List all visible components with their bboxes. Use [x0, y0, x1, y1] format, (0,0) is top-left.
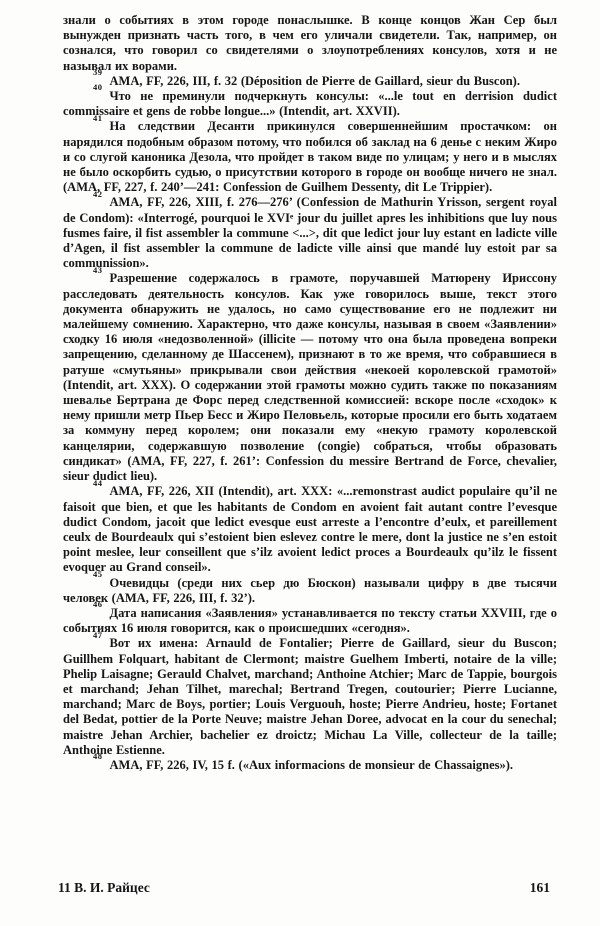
- footnote-40: 40Что не преминули подчеркнуть консулы: …: [63, 89, 557, 119]
- footnote-text: Разрешение содержалось в грамоте, поруча…: [63, 271, 557, 483]
- footnote-text: АМА, FF, 226, IV, 15 f. («Aux informacio…: [110, 758, 514, 772]
- footnote-number: 41: [93, 113, 103, 123]
- book-page: знали о событиях в этом городе понаслышк…: [0, 0, 600, 926]
- footnote-text: На следствии Десанти прикинулся совершен…: [63, 119, 557, 194]
- footnote-number: 47: [93, 630, 103, 640]
- footnote-46: 46Дата написания «Заявления» устанавлива…: [63, 606, 557, 636]
- footnote-number: 40: [93, 82, 103, 92]
- footnote-number: 46: [93, 599, 103, 609]
- footnote-number: 43: [93, 265, 103, 275]
- footnote-47: 47Вот их имена: Arnauld de Fontalier; Pi…: [63, 636, 557, 758]
- footnote-text: АМА, FF, 226, III, f. 32 (Déposition de …: [110, 74, 520, 88]
- footnote-42: 42АМА, FF, 226, XIII, f. 276—276’ (Confe…: [63, 195, 557, 271]
- footnote-48: 48АМА, FF, 226, IV, 15 f. («Aux informac…: [63, 758, 557, 773]
- footnote-43: 43Разрешение содержалось в грамоте, пору…: [63, 271, 557, 484]
- footnote-text: Что не преминули подчеркнуть консулы: «.…: [63, 89, 557, 118]
- footnote-text: АМА, FF, 226, XIII, f. 276—276’ (Confess…: [63, 195, 557, 270]
- footnote-number: 42: [93, 189, 103, 199]
- footnote-45: 45Очевидцы (среди них сьер дю Бюскон) на…: [63, 576, 557, 606]
- footnote-text: Дата написания «Заявления» устанавливает…: [63, 606, 557, 635]
- page-number: 161: [530, 880, 550, 896]
- footnote-text: Вот их имена: Arnauld de Fontalier; Pier…: [63, 636, 557, 756]
- footnote-number: 45: [93, 569, 103, 579]
- footnote-number: 44: [93, 478, 103, 488]
- footnote-text: АМА, FF, 226, XII (Intendit), art. XXX: …: [63, 484, 557, 574]
- text-column: знали о событиях в этом городе понаслышк…: [63, 13, 557, 773]
- footnote-39: 39АМА, FF, 226, III, f. 32 (Déposition d…: [63, 74, 557, 89]
- footnote-44: 44АМА, FF, 226, XII (Intendit), art. XXX…: [63, 484, 557, 575]
- paragraph-intro: знали о событиях в этом городе понаслышк…: [63, 13, 557, 74]
- footnote-number: 48: [93, 751, 103, 761]
- footnote-number: 39: [93, 67, 103, 77]
- footnote-41: 41На следствии Десанти прикинулся соверш…: [63, 119, 557, 195]
- footnote-text: Очевидцы (среди них сьер дю Бюскон) назы…: [63, 576, 557, 605]
- page-footer: 11 В. И. Райцес 161: [58, 880, 550, 896]
- printing-mark: 11 В. И. Райцес: [58, 880, 150, 896]
